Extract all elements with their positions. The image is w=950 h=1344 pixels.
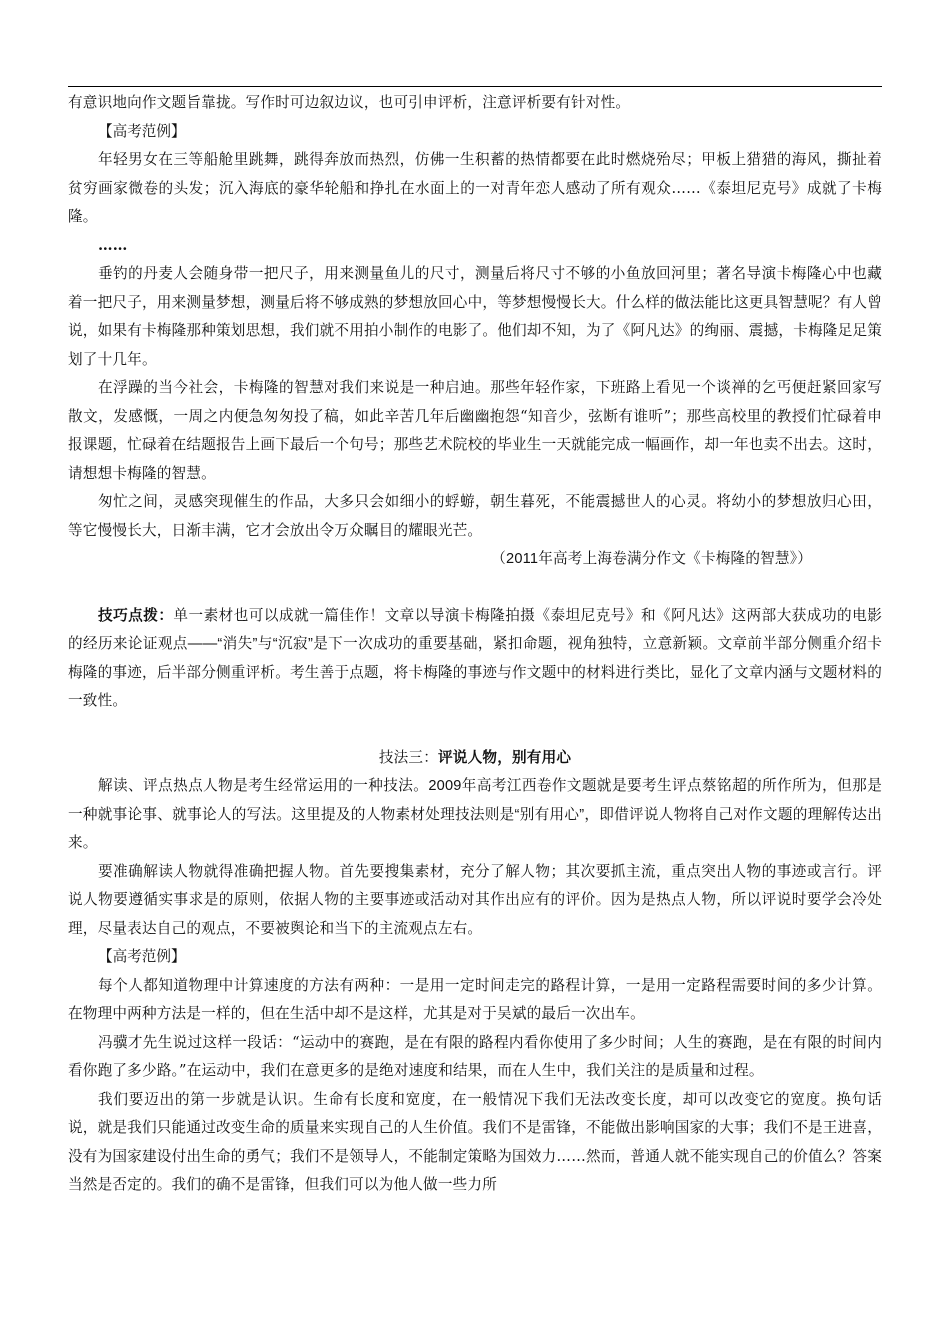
example1-source: （2011年高考上海卷满分作文《卡梅隆的智慧》） bbox=[68, 545, 882, 574]
section3-paragraph: 要准确解读人物就得准确把握人物。首先要搜集素材，充分了解人物；其次要抓主流，重点… bbox=[68, 858, 882, 944]
example1-paragraph: 匆忙之间，灵感突现催生的作品，大多只会如细小的蜉蝣，朝生暮死，不能震撼世人的心灵… bbox=[68, 488, 882, 545]
example-label-2: 【高考范例】 bbox=[68, 943, 882, 972]
example2-paragraph: 冯骥才先生说过这样一段话：“运动中的赛跑，是在有限的路程内看你使用了多少时间；人… bbox=[68, 1029, 882, 1086]
section3-heading: 技法三：评说人物，别有用心 bbox=[68, 744, 882, 773]
tip-label: 技巧点拨： bbox=[98, 608, 173, 624]
ellipsis: …… bbox=[68, 232, 882, 261]
tip-text: 单一素材也可以成就一篇佳作！文章以导演卡梅隆拍摄《泰坦尼克号》和《阿凡达》这两部… bbox=[68, 608, 882, 710]
example1-paragraph: 垂钓的丹麦人会随身带一把尺子，用来测量鱼儿的尺寸，测量后将尺寸不够的小鱼放回河里… bbox=[68, 260, 882, 374]
example-label-1: 【高考范例】 bbox=[68, 118, 882, 147]
example1-paragraph: 在浮躁的当今社会，卡梅隆的智慧对我们来说是一种启迪。那些年轻作家，下班路上看见一… bbox=[68, 374, 882, 488]
section3-heading-prefix: 技法三： bbox=[379, 750, 438, 766]
intro-tail: 有意识地向作文题旨靠拢。写作时可边叙边议，也可引申评析，注意评析要有针对性。 bbox=[68, 89, 882, 118]
section3-paragraph: 解读、评点热点人物是考生经常运用的一种技法。2009年高考江西卷作文题就是要考生… bbox=[68, 772, 882, 858]
document-page: 有意识地向作文题旨靠拢。写作时可边叙边议，也可引申评析，注意评析要有针对性。 【… bbox=[68, 86, 882, 1200]
example2-paragraph: 我们要迈出的第一步就是认识。生命有长度和宽度，在一般情况下我们无法改变长度，却可… bbox=[68, 1086, 882, 1200]
example2-paragraph: 每个人都知道物理中计算速度的方法有两种：一是用一定时间走完的路程计算，一是用一定… bbox=[68, 972, 882, 1029]
example1-paragraph: 年轻男女在三等船舱里跳舞，跳得奔放而热烈，仿佛一生积蓄的热情都要在此时燃烧殆尽；… bbox=[68, 146, 882, 232]
section3-heading-title: 评说人物，别有用心 bbox=[438, 750, 571, 766]
tip-paragraph: 技巧点拨：单一素材也可以成就一篇佳作！文章以导演卡梅隆拍摄《泰坦尼克号》和《阿凡… bbox=[68, 602, 882, 716]
